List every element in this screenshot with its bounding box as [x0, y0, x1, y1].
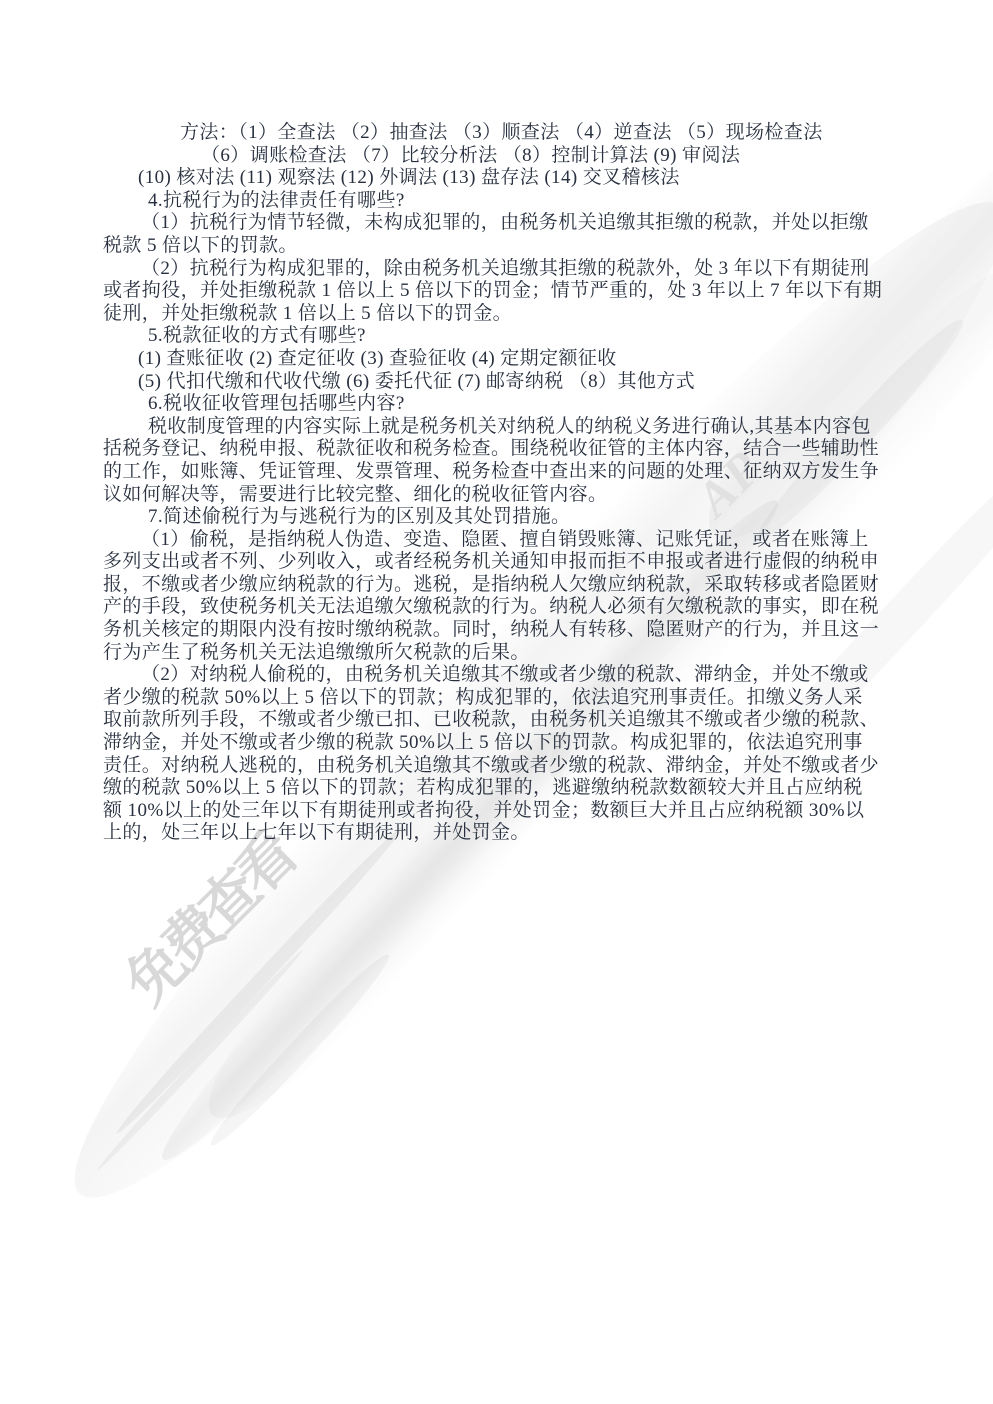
document-text: 方法：（1）全查法 （2）抽查法 （3）顺查法 （4）逆查法 （5）现场检查法（… [103, 122, 903, 845]
text-line: 责任。对纳税人逃税的，由税务机关追缴其不缴或者少缴的税款、滞纳金，并处不缴或者少 [103, 755, 903, 778]
text-line: 括税务登记、纳税申报、税款征收和税务检查。围绕税收征管的主体内容，结合一些辅助性 [103, 438, 903, 461]
text-line: (5) 代扣代缴和代收代缴 (6) 委托代征 (7) 邮寄纳税 （8）其他方式 [103, 371, 903, 394]
text-line: 上的，处三年以上七年以下有期徒刑，并处罚金。 [103, 822, 903, 845]
text-line: 滞纳金，并处不缴或者少缴的税款 50%以上 5 倍以下的罚款。构成犯罪的，依法追… [103, 732, 903, 755]
text-line: （6）调账检查法 （7）比较分析法 （8）控制计算法 (9) 审阅法 [103, 145, 903, 168]
text-line: 6.税收征收管理包括哪些内容? [103, 393, 903, 416]
text-line: （2）对纳税人偷税的，由税务机关追缴其不缴或者少缴的税款、滞纳金，并处不缴或 [103, 664, 903, 687]
text-line: 税收制度管理的内容实际上就是税务机关对纳税人的纳税义务进行确认,其基本内容包 [103, 416, 903, 439]
text-line: 税款 5 倍以下的罚款。 [103, 235, 903, 258]
text-line: 缴的税款 50%以上 5 倍以下的罚款；若构成犯罪的，逃避缴纳税款数额较大并且占… [103, 777, 903, 800]
text-line: 产的手段，致使税务机关无法追缴欠缴税款的行为。纳税人必须有欠缴税款的事实，即在税 [103, 596, 903, 619]
text-line: 多列支出或者不列、少列收入，或者经税务机关通知申报而拒不申报或者进行虚假的纳税申 [103, 551, 903, 574]
text-line: 方法：（1）全查法 （2）抽查法 （3）顺查法 （4）逆查法 （5）现场检查法 [103, 122, 903, 145]
text-line: 议如何解决等，需要进行比较完整、细化的税收征管内容。 [103, 484, 903, 507]
watermark-streak [112, 822, 409, 1139]
text-line: 的工作，如账簿、凭证管理、发票管理、税务检查中查出来的问题的处理、征纳双方发生争 [103, 461, 903, 484]
watermark-streak [95, 948, 305, 1173]
text-line: （1）偷税，是指纳税人伪造、变造、隐匿、擅自销毁账簿、记账凭证，或者在账簿上 [103, 529, 903, 552]
document-page: AP 免费查看 方法：（1）全查法 （2）抽查法 （3）顺查法 （4）逆查法 （… [0, 0, 993, 1404]
text-line: 7.简述偷税行为与逃税行为的区别及其处罚措施。 [103, 506, 903, 529]
text-line: 报，不缴或者少缴应纳税款的行为。逃税，是指纳税人欠缴应纳税款，采取转移或者隐匿财 [103, 574, 903, 597]
text-line: （1）抗税行为情节轻微，未构成犯罪的，由税务机关追缴其拒缴的税款，并处以拒缴 [103, 212, 903, 235]
text-line: 取前款所列手段，不缴或者少缴已扣、已收税款，由税务机关追缴其不缴或者少缴的税款、 [103, 709, 903, 732]
text-line: 徒刑，并处拒缴税款 1 倍以上 5 倍以下的罚金。 [103, 303, 903, 326]
text-line: 务机关核定的期限内没有按时缴纳税款。同时，纳税人有转移、隐匿财产的行为，并且这一 [103, 619, 903, 642]
text-line: 行为产生了税务机关无法追缴缴所欠税款的后果。 [103, 642, 903, 665]
text-line: （2）抗税行为构成犯罪的，除由税务机关追缴其拒缴的税款外，处 3 年以下有期徒刑 [103, 258, 903, 281]
text-line: 额 10%以上的处三年以下有期徒刑或者拘役，并处罚金；数额巨大并且占应纳税额 3… [103, 800, 903, 823]
text-line: 或者拘役，并处拒缴税款 1 倍以上 5 倍以下的罚金；情节严重的，处 3 年以上… [103, 280, 903, 303]
text-line: 4.抗税行为的法律责任有哪些? [103, 190, 903, 213]
text-line: 5.税款征收的方式有哪些? [103, 325, 903, 348]
text-line: (1) 查账征收 (2) 查定征收 (3) 查验征收 (4) 定期定额征收 [103, 348, 903, 371]
watermark-streak [203, 947, 396, 1152]
text-line: (10) 核对法 (11) 观察法 (12) 外调法 (13) 盘存法 (14)… [103, 167, 903, 190]
text-line: 者少缴的税款 50%以上 5 倍以下的罚款；构成犯罪的，依法追究刑事责任。扣缴义… [103, 687, 903, 710]
